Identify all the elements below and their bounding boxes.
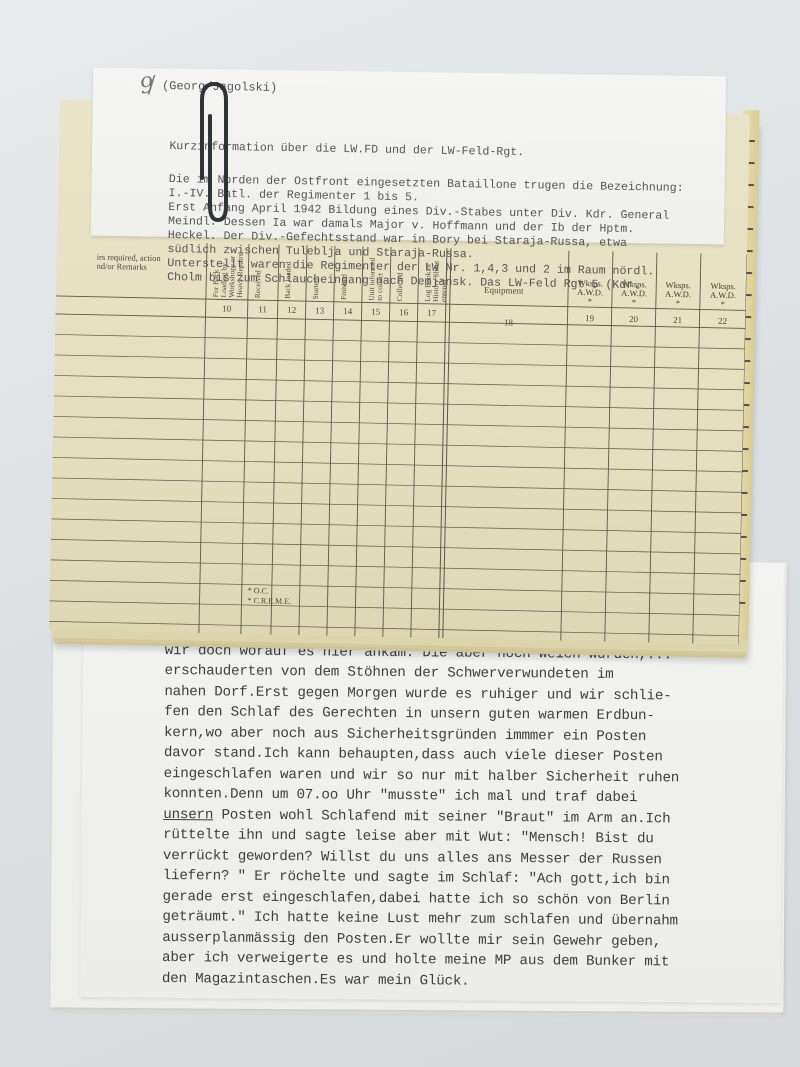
column-number: 12	[277, 305, 307, 316]
equipment-column-number: 18	[493, 317, 523, 328]
note-title: Kurzinformation über die LW.FD und der L…	[169, 140, 729, 164]
column-number: 17	[417, 308, 447, 319]
typed-story-text: waren fest entschlossen ...wir doch wora…	[162, 620, 725, 994]
column-number: 19	[574, 313, 604, 324]
column-number: 20	[618, 314, 648, 325]
column-number: 13	[305, 305, 335, 316]
paperclip-icon	[188, 78, 238, 328]
footnote-oc: * O.C.	[248, 586, 269, 596]
column-number: 11	[248, 304, 278, 315]
column-number: 16	[389, 307, 419, 318]
footnote-creme: * C.R.E.M.E.	[247, 596, 291, 607]
column-number: 22	[707, 316, 737, 327]
column-number: 21	[662, 315, 692, 326]
remarks-header: irs required, action nd/or Remarks	[96, 253, 160, 272]
column-number: 15	[361, 306, 391, 317]
column-number: 14	[333, 306, 363, 317]
note-text: Kurzinformation über die LW.FD und der L…	[167, 112, 730, 295]
underlined-word: unsern	[163, 806, 213, 822]
